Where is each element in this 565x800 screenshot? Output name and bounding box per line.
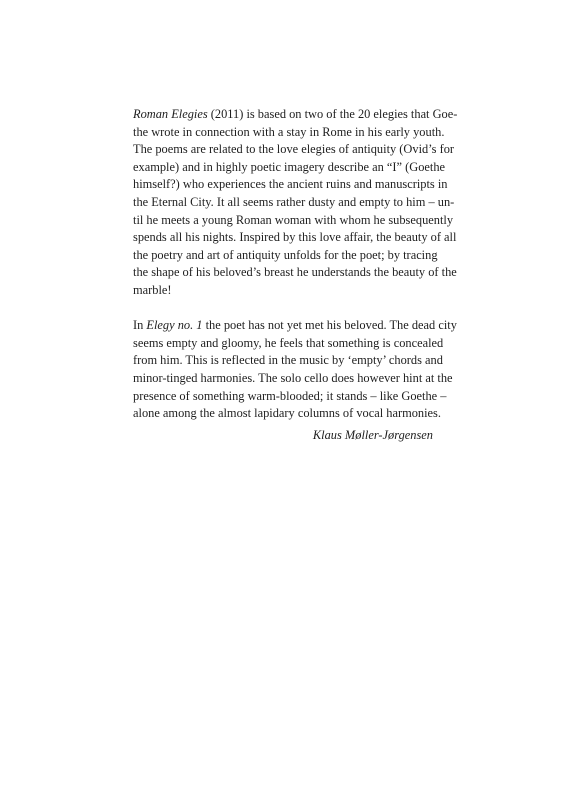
document-page: Roman Elegies (2011) is based on two of … — [0, 0, 565, 800]
text-line: The poems are related to the love elegie… — [133, 141, 433, 159]
text-line: the wrote in connection with a stay in R… — [133, 124, 433, 142]
text-span: (2011) is based on two of the 20 elegies… — [208, 107, 458, 121]
text-line: himself?) who experiences the ancient ru… — [133, 176, 433, 194]
text-line: marble! — [133, 282, 433, 300]
paragraph-spacer — [133, 300, 433, 318]
movement-title: Elegy no. 1 — [146, 318, 202, 332]
text-line: seems empty and gloomy, he feels that so… — [133, 335, 433, 353]
text-span: the poet has not yet met his beloved. Th… — [203, 318, 457, 332]
text-line: In Elegy no. 1 the poet has not yet met … — [133, 317, 433, 335]
paragraph-2: In Elegy no. 1 the poet has not yet met … — [133, 317, 433, 423]
paragraph-1: Roman Elegies (2011) is based on two of … — [133, 106, 433, 300]
text-line: the Eternal City. It all seems rather du… — [133, 194, 433, 212]
text-line: spends all his nights. Inspired by this … — [133, 229, 433, 247]
text-line: til he meets a young Roman woman with wh… — [133, 212, 433, 230]
text-line: from him. This is reflected in the music… — [133, 352, 433, 370]
program-note: Roman Elegies (2011) is based on two of … — [133, 106, 433, 444]
text-line: example) and in highly poetic imagery de… — [133, 159, 433, 177]
text-line: the shape of his beloved’s breast he und… — [133, 264, 433, 282]
text-line: alone among the almost lapidary columns … — [133, 405, 433, 423]
text-line: the poetry and art of antiquity unfolds … — [133, 247, 433, 265]
author-signature: Klaus Møller-Jørgensen — [133, 427, 433, 445]
text-span: In — [133, 318, 146, 332]
text-line: Roman Elegies (2011) is based on two of … — [133, 106, 433, 124]
text-line: minor-tinged harmonies. The solo cello d… — [133, 370, 433, 388]
text-line: presence of something warm-blooded; it s… — [133, 388, 433, 406]
work-title: Roman Elegies — [133, 107, 208, 121]
